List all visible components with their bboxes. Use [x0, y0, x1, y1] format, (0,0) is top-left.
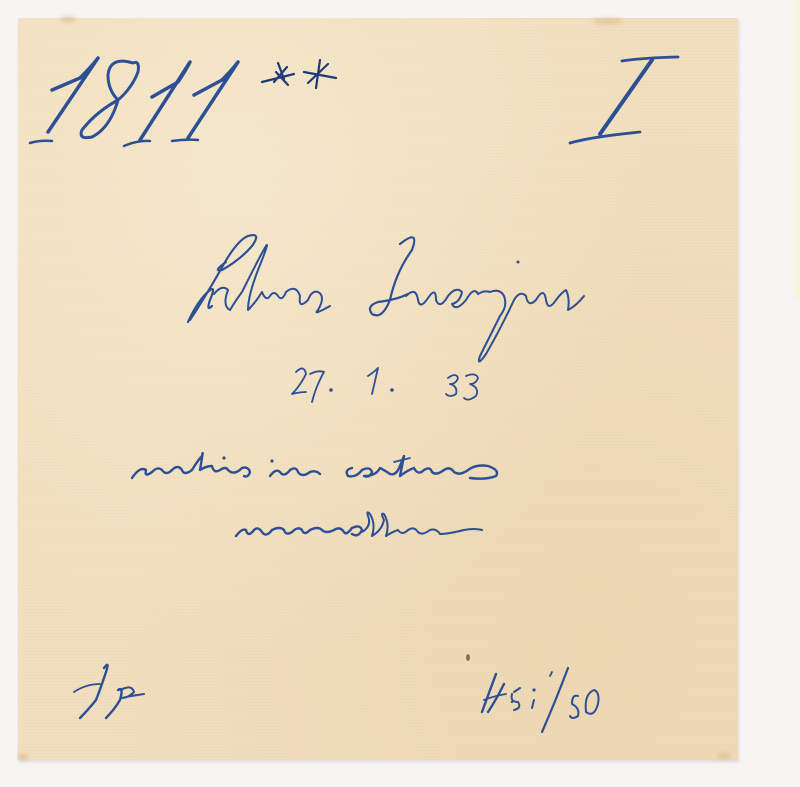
exposure-script	[0, 0, 800, 787]
